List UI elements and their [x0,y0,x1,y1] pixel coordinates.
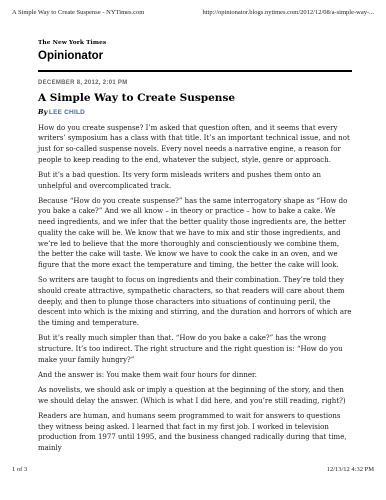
article-paragraph: Readers are human, and humans seem progr… [38,411,352,454]
article-paragraph: But it’s really much simpler than that. … [38,333,352,365]
opinionator-masthead-link[interactable]: Opinionator [38,50,352,62]
print-timestamp: 12/13/12 4:32 PM [327,466,374,473]
article-body: How do you create suspense? I’m asked th… [38,123,352,454]
print-header: A Simple Way to Create Suspense - NYTime… [12,9,374,16]
article-dateline: DECEMBER 8, 2012, 2:01 PM [38,80,352,86]
article-paragraph: Because “How do you create suspense?” ha… [38,196,352,271]
article-paragraph: So writers are taught to focus on ingred… [38,275,352,329]
masthead-divider [38,70,352,72]
byline-prefix: By [38,108,47,116]
print-footer: 1 of 3 12/13/12 4:32 PM [12,466,374,473]
article-byline: By LEE CHILD [38,108,352,116]
nyt-logo[interactable]: The New York Times [38,40,352,46]
print-header-url: http://opinionator.blogs.nytimes.com/201… [202,9,374,16]
article-paragraph: And the answer is: You make them wait fo… [38,370,352,381]
article-paragraph: How do you create suspense? I’m asked th… [38,123,352,166]
article-paragraph: As novelists, we should ask or imply a q… [38,385,352,406]
article-title: A Simple Way to Create Suspense [38,92,352,104]
author-link[interactable]: LEE CHILD [49,109,85,116]
print-preview-page: A Simple Way to Create Suspense - NYTime… [0,0,386,500]
article-paragraph: But it’s a bad question. Its very form m… [38,170,352,191]
article-content: The New York Times Opinionator DECEMBER … [38,40,352,458]
print-header-document-title: A Simple Way to Create Suspense - NYTime… [12,9,144,16]
page-number: 1 of 3 [12,466,27,473]
